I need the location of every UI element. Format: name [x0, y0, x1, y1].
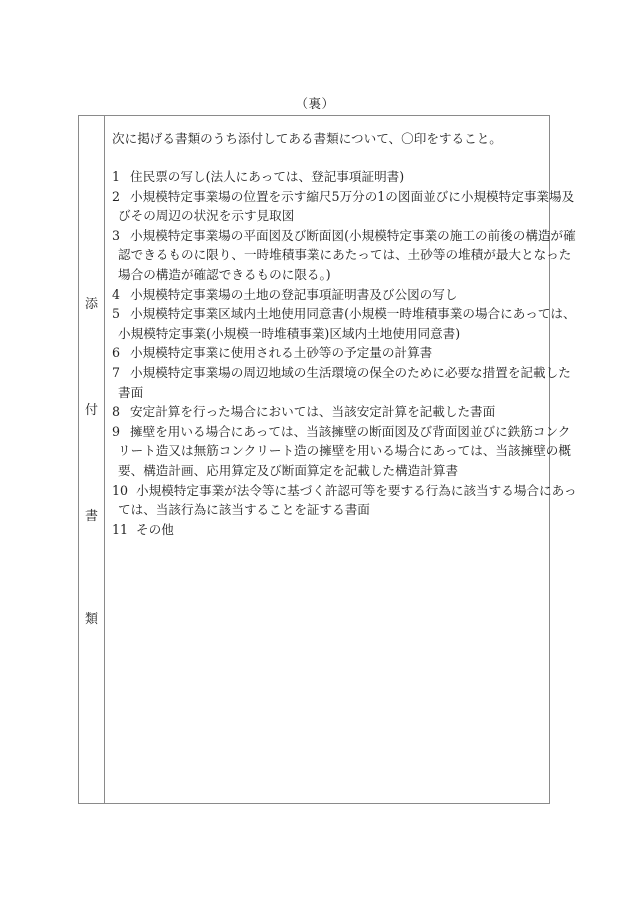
- item-text: 小規模特定事業場の土地の登記事項証明書及び公図の写し: [130, 287, 457, 302]
- item-number: 1: [112, 167, 130, 187]
- label-char-4: 類: [79, 613, 104, 627]
- item-text: 住民票の写し(法人にあっては、登記事項証明書): [130, 169, 404, 184]
- item-text-continued: リート造又は無筋コンクリート造の擁壁を用いる場合にあっては、当該擁壁の概: [112, 441, 545, 461]
- document-item-2[interactable]: 2小規模特定事業場の位置を示す縮尺5万分の1の図面並びに小規模特定事業場及 びそ…: [112, 187, 545, 226]
- document-item-6[interactable]: 6小規模特定事業に使用される土砂等の予定量の計算書: [112, 343, 545, 363]
- item-text: 小規模特定事業場の周辺地域の生活環境の保全のために必要な措置を記載した: [130, 365, 571, 380]
- item-text-continued: ては、当該行為に該当することを証する書面: [112, 500, 545, 520]
- item-text: 小規模特定事業場の平面図及び断面図(小規模特定事業の施工の前後の構造が確: [130, 228, 576, 243]
- document-item-8[interactable]: 8安定計算を行った場合においては、当該安定計算を記載した書面: [112, 402, 545, 422]
- item-text: その他: [136, 522, 174, 537]
- item-number: 6: [112, 343, 130, 363]
- document-item-11[interactable]: 11その他: [112, 520, 545, 540]
- item-text-continued: びその周辺の状況を示す見取図: [112, 206, 545, 226]
- item-number: 7: [112, 363, 130, 383]
- item-number: 2: [112, 187, 130, 207]
- item-text: 小規模特定事業が法令等に基づく許認可等を要する行為に該当する場合にあっ: [136, 483, 577, 498]
- page-heading: （裏）: [0, 97, 630, 111]
- item-text-continued: 認できるものに限り、一時堆積事業にあたっては、土砂等の堆積が最大となった: [112, 245, 545, 265]
- document-list: 1住民票の写し(法人にあっては、登記事項証明書) 2小規模特定事業場の位置を示す…: [112, 167, 545, 539]
- document-item-3[interactable]: 3小規模特定事業場の平面図及び断面図(小規模特定事業の施工の前後の構造が確 認で…: [112, 226, 545, 285]
- item-number: 4: [112, 285, 130, 305]
- item-number: 9: [112, 422, 130, 442]
- document-item-4[interactable]: 4小規模特定事業場の土地の登記事項証明書及び公図の写し: [112, 285, 545, 305]
- item-text: 安定計算を行った場合においては、当該安定計算を記載した書面: [130, 404, 495, 419]
- item-number: 8: [112, 402, 130, 422]
- document-item-9[interactable]: 9擁壁を用いる場合にあっては、当該擁壁の断面図及び背面図並びに鉄筋コンク リート…: [112, 422, 545, 481]
- item-text: 小規模特定事業に使用される土砂等の予定量の計算書: [130, 345, 432, 360]
- item-number: 5: [112, 304, 130, 324]
- instruction-text: 次に掲げる書類のうち添付してある書類について、〇印をすること。: [112, 131, 502, 147]
- item-text-continued: 場合の構造が確認できるものに限る。): [112, 265, 545, 285]
- item-text-continued: 要、構造計画、応用算定及び断面算定を記載した構造計算書: [112, 461, 545, 481]
- label-char-3: 書: [79, 510, 104, 524]
- document-item-7[interactable]: 7小規模特定事業場の周辺地域の生活環境の保全のために必要な措置を記載した 書面: [112, 363, 545, 402]
- item-number: 11: [112, 520, 136, 540]
- item-text: 小規模特定事業区域内土地使用同意書(小規模一時堆積事業の場合にあっては、: [130, 306, 576, 321]
- attachments-label-column: 添 付 書 類: [79, 116, 105, 803]
- document-item-1[interactable]: 1住民票の写し(法人にあっては、登記事項証明書): [112, 167, 545, 187]
- document-item-5[interactable]: 5小規模特定事業区域内土地使用同意書(小規模一時堆積事業の場合にあっては、 小規…: [112, 304, 545, 343]
- label-char-2: 付: [79, 404, 104, 418]
- attachments-content: 次に掲げる書類のうち添付してある書類について、〇印をすること。 1住民票の写し(…: [105, 116, 549, 803]
- item-text-continued: 書面: [112, 383, 545, 403]
- document-item-10[interactable]: 10小規模特定事業が法令等に基づく許認可等を要する行為に該当する場合にあっ ては…: [112, 481, 545, 520]
- label-char-1: 添: [79, 298, 104, 312]
- item-text: 小規模特定事業場の位置を示す縮尺5万分の1の図面並びに小規模特定事業場及: [130, 189, 574, 204]
- attachments-table: 添 付 書 類 次に掲げる書類のうち添付してある書類について、〇印をすること。 …: [78, 115, 550, 804]
- item-text-continued: 小規模特定事業(小規模一時堆積事業)区域内土地使用同意書): [112, 324, 545, 344]
- item-number: 3: [112, 226, 130, 246]
- item-number: 10: [112, 481, 136, 501]
- item-text: 擁壁を用いる場合にあっては、当該擁壁の断面図及び背面図並びに鉄筋コンク: [130, 424, 570, 439]
